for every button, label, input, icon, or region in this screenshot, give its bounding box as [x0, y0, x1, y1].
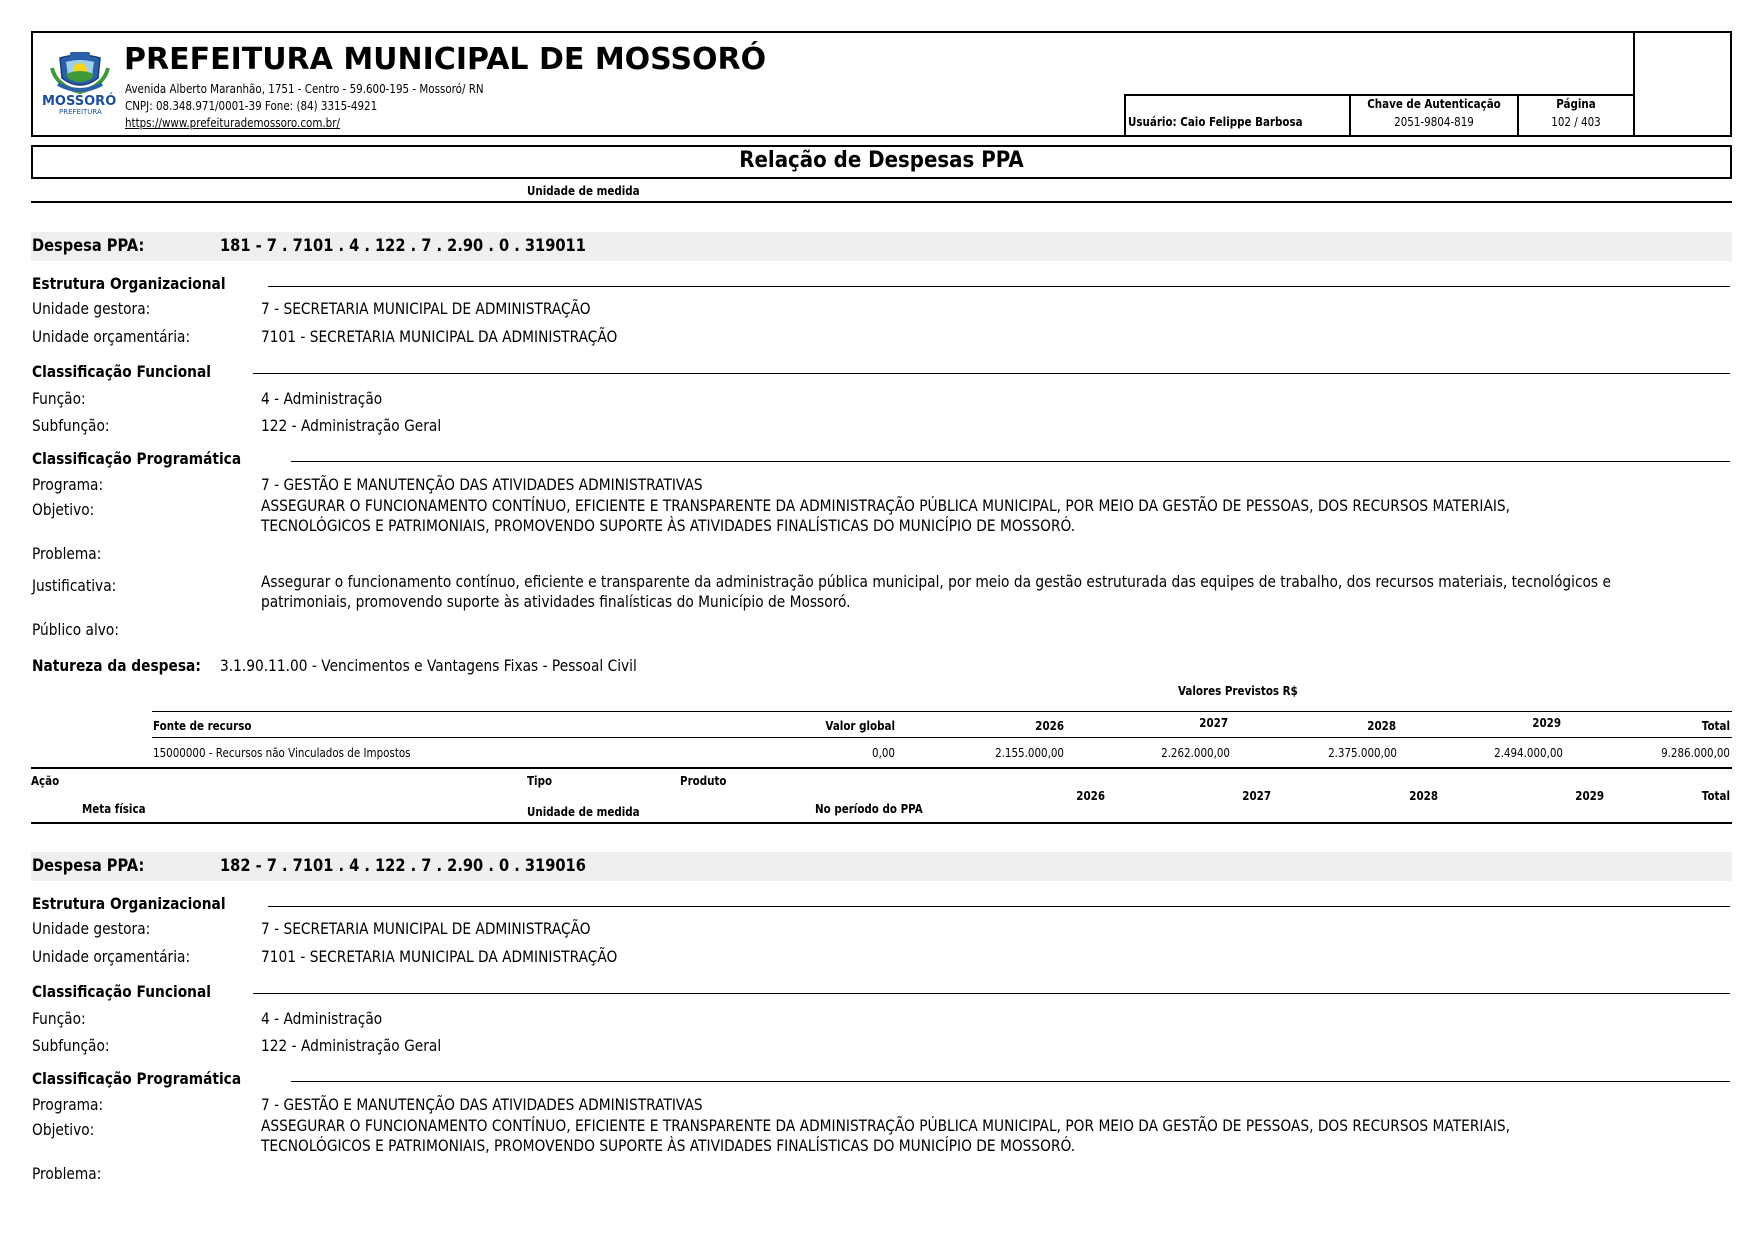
field-label: Objetivo:: [32, 1120, 94, 1139]
despesa-code: 181 - 7 . 7101 . 4 . 122 . 7 . 2.90 . 0 …: [220, 236, 586, 256]
field-label: Unidade gestora:: [32, 299, 150, 318]
field-unidade-orcamentaria: 7101 - SECRETARIA MUNICIPAL DA ADMINISTR…: [261, 947, 617, 966]
field-label: Público alvo:: [32, 620, 119, 639]
col-meta-total: Total: [1644, 789, 1730, 803]
field-label: Justificativa:: [32, 576, 116, 595]
col-tipo: Tipo: [527, 774, 552, 788]
field-label: Programa:: [32, 475, 103, 494]
field-funcao: 4 - Administração: [261, 389, 382, 408]
field-subfuncao: 122 - Administração Geral: [261, 1036, 441, 1055]
field-justificativa-line1: Assegurar o funcionamento contínuo, efic…: [261, 572, 1611, 591]
divider: [31, 201, 1732, 203]
cell-2027: 2.262.000,00: [1101, 746, 1230, 760]
header-info-divider-1: [1349, 94, 1351, 137]
natureza-value: 3.1.90.11.00 - Vencimentos e Vantagens F…: [220, 656, 637, 675]
user-label: Usuário: Caio Felippe Barbosa: [1128, 115, 1303, 129]
col-2028: 2028: [1310, 719, 1396, 733]
col-unidade-medida: Unidade de medida: [527, 805, 640, 819]
col-meta-fisica: Meta física: [82, 802, 146, 816]
valores-previstos-label: Valores Previstos R$: [1178, 684, 1298, 698]
col-valor-global: Valor global: [809, 719, 895, 733]
report-title: Relação de Despesas PPA: [116, 148, 1647, 173]
col-meta-2027: 2027: [1185, 789, 1271, 803]
field-justificativa-line2: patrimoniais, promovendo suporte às ativ…: [261, 592, 851, 611]
field-programa: 7 - GESTÃO E MANUTENÇÃO DAS ATIVIDADES A…: [261, 475, 703, 494]
section-class-funcional: Classificação Funcional: [32, 982, 211, 1001]
field-label: Subfunção:: [32, 1036, 110, 1055]
logo-subtext: PREFEITURA: [59, 108, 102, 116]
field-unidade-orcamentaria: 7101 - SECRETARIA MUNICIPAL DA ADMINISTR…: [261, 327, 617, 346]
logo: MOSSORÓ PREFEITURA: [40, 48, 120, 114]
field-label: Função:: [32, 389, 86, 408]
col-2027: 2027: [1142, 716, 1228, 730]
cell-total: 9.286.000,00: [1601, 746, 1730, 760]
section-rule: [291, 1081, 1730, 1082]
field-label: Objetivo:: [32, 500, 94, 519]
field-label: Unidade gestora:: [32, 919, 150, 938]
section-rule: [291, 461, 1730, 462]
field-label: Problema:: [32, 1164, 101, 1183]
field-unidade-gestora: 7 - SECRETARIA MUNICIPAL DE ADMINISTRAÇÃ…: [261, 299, 591, 318]
section-class-programatica: Classificação Programática: [32, 449, 241, 468]
field-subfuncao: 122 - Administração Geral: [261, 416, 441, 435]
section-rule: [253, 993, 1730, 994]
section-estrutura: Estrutura Organizacional: [32, 894, 226, 913]
col-acao: Ação: [31, 774, 59, 788]
header-info-divider-2: [1517, 94, 1519, 137]
cell-2026: 2.155.000,00: [935, 746, 1064, 760]
field-programa: 7 - GESTÃO E MANUTENÇÃO DAS ATIVIDADES A…: [261, 1095, 703, 1114]
auth-key-label: Chave de Autenticação: [1363, 97, 1506, 111]
col-fonte-recurso: Fonte de recurso: [153, 719, 251, 733]
section-rule: [268, 286, 1730, 287]
natureza-label: Natureza da despesa:: [32, 656, 201, 675]
col-produto: Produto: [680, 774, 727, 788]
field-objetivo-line1: ASSEGURAR O FUNCIONAMENTO CONTÍNUO, EFIC…: [261, 496, 1510, 515]
col-meta-2028: 2028: [1352, 789, 1438, 803]
field-label: Unidade orçamentária:: [32, 327, 190, 346]
section-class-funcional: Classificação Funcional: [32, 362, 211, 381]
cell-2029: 2.494.000,00: [1434, 746, 1563, 760]
field-label: Subfunção:: [32, 416, 110, 435]
field-label: Problema:: [32, 544, 101, 563]
org-contact: CNPJ: 08.348.971/0001-39 Fone: (84) 3315…: [125, 99, 377, 113]
col-total: Total: [1644, 719, 1730, 733]
field-objetivo-line1: ASSEGURAR O FUNCIONAMENTO CONTÍNUO, EFIC…: [261, 1116, 1510, 1135]
section-class-programatica: Classificação Programática: [32, 1069, 241, 1088]
section-rule: [253, 373, 1730, 374]
field-label: Unidade orçamentária:: [32, 947, 190, 966]
org-address: Avenida Alberto Maranhão, 1751 - Centro …: [125, 82, 484, 96]
table-rule: [152, 737, 1732, 738]
cell-2028: 2.375.000,00: [1268, 746, 1397, 760]
cell-valor-global: 0,00: [766, 746, 895, 760]
auth-key-value: 2051-9804-819: [1363, 115, 1506, 129]
col-2029: 2029: [1475, 716, 1561, 730]
org-website-link[interactable]: https://www.prefeiturademossoro.com.br/: [125, 116, 340, 130]
field-funcao: 4 - Administração: [261, 1009, 382, 1028]
field-label: Programa:: [32, 1095, 103, 1114]
org-name: PREFEITURA MUNICIPAL DE MOSSORÓ: [124, 42, 766, 77]
cell-fonte: 15000000 - Recursos não Vinculados de Im…: [153, 746, 411, 760]
despesa-label: Despesa PPA:: [32, 236, 144, 256]
field-unidade-gestora: 7 - SECRETARIA MUNICIPAL DE ADMINISTRAÇÃ…: [261, 919, 591, 938]
top-unit-label: Unidade de medida: [527, 184, 640, 198]
col-periodo-ppa: No período do PPA: [815, 802, 923, 816]
table-rule: [152, 711, 1732, 712]
table-rule: [31, 767, 1732, 769]
field-objetivo-line2: TECNOLÓGICOS E PATRIMONIAIS, PROMOVENDO …: [261, 1136, 1075, 1155]
section-rule: [268, 906, 1730, 907]
page-label: Página: [1527, 97, 1625, 111]
despesa-code: 182 - 7 . 7101 . 4 . 122 . 7 . 2.90 . 0 …: [220, 856, 586, 876]
col-2026: 2026: [978, 719, 1064, 733]
logo-text: MOSSORÓ: [42, 94, 116, 109]
field-label: Função:: [32, 1009, 86, 1028]
col-meta-2026: 2026: [1019, 789, 1105, 803]
section-estrutura: Estrutura Organizacional: [32, 274, 226, 293]
despesa-label: Despesa PPA:: [32, 856, 144, 876]
coat-of-arms-icon: [40, 48, 120, 96]
field-objetivo-line2: TECNOLÓGICOS E PATRIMONIAIS, PROMOVENDO …: [261, 516, 1075, 535]
table-rule: [31, 822, 1732, 824]
col-meta-2029: 2029: [1518, 789, 1604, 803]
page-value: 102 / 403: [1527, 115, 1625, 129]
